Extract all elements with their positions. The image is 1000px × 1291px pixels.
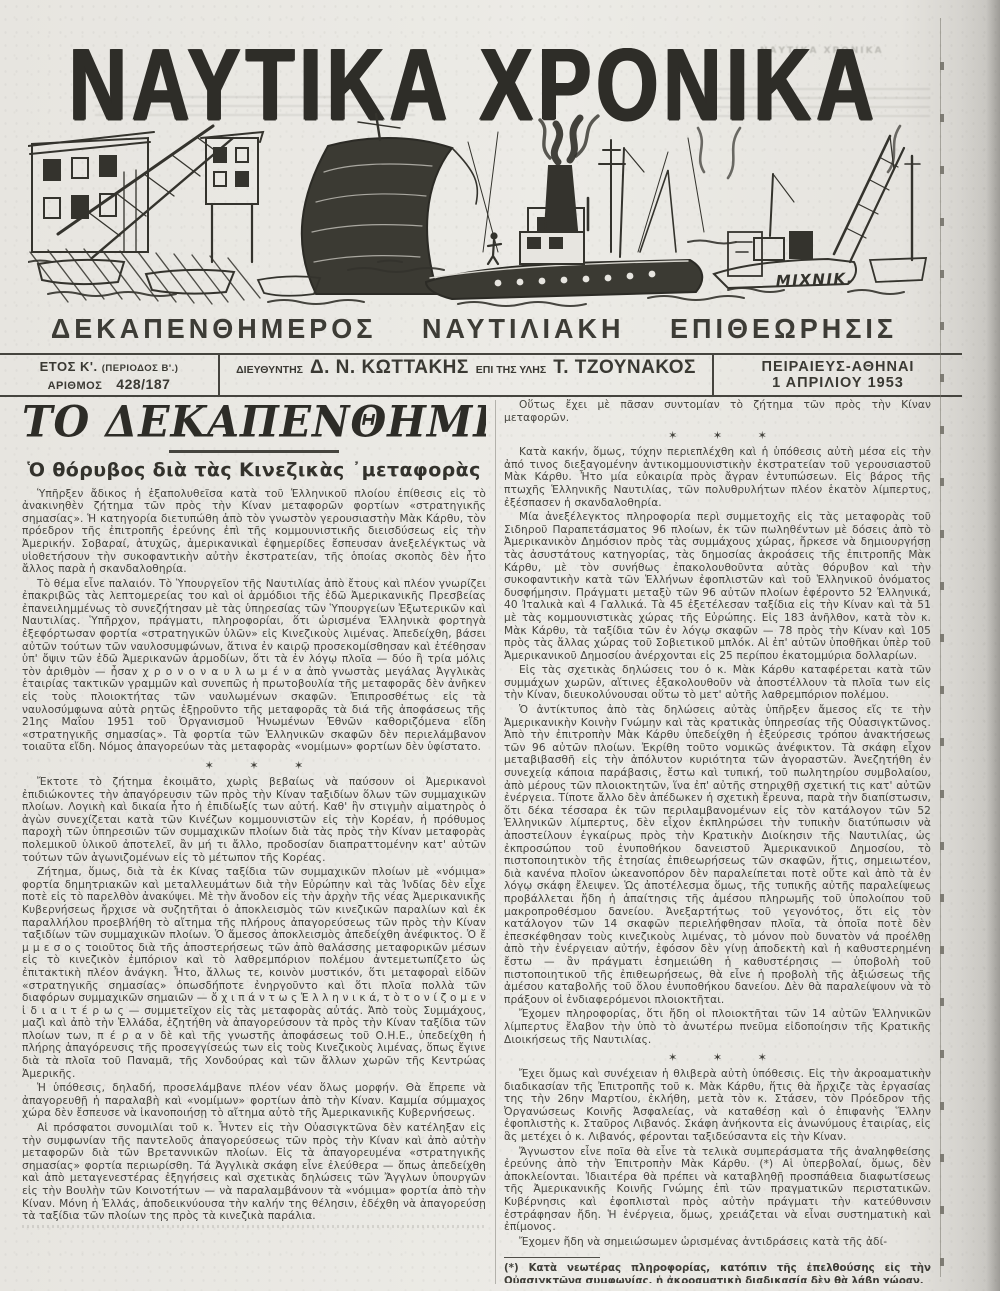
article-paragraph: Ζήτημα, ὅμως, διὰ τὰ ἐκ Κίνας ταξίδια τῶ… xyxy=(22,866,486,1080)
editor-label: ΕΠΙ ΤΗΣ ΥΛΗΣ xyxy=(476,364,546,376)
date-line: 1 ΑΠΡΙΛΙΟΥ 1953 xyxy=(772,375,904,391)
right-column-text: Οὕτως ἔχει μὲ πᾶσαν συντομίαν τὸ ζήτημα … xyxy=(504,399,931,1248)
director-label: ΔΙΕΥΘΥΝΤΗΣ xyxy=(236,364,303,376)
magazine-subtitle: ΔΕΚΑΠΕΝΘΗΜΕΡΟΣ ΝΑΥΤΙΛΙΑΚΗ ΕΠΙΘΕΩΡΗΣΙΣ xyxy=(0,314,948,346)
harbor-sketch-svg: ΜΙΧΝΙΚ. xyxy=(28,112,933,308)
article-headline: ΤΟ ΔΕΚΑΠΕΝΘΗΜΕΡΟΝ xyxy=(22,400,486,445)
magazine-front-page: ΝΑΥΤΙΚΑ ΧΡΟΝΙΚΑ ΝΑΥΤΙΚΑ ΧΡΟΝΙΚΑ xyxy=(0,0,1000,1291)
article-paragraph: Οὕτως ἔχει μὲ πᾶσαν συντομίαν τὸ ζήτημα … xyxy=(504,399,931,424)
headline-rule xyxy=(169,450,339,453)
article-paragraph: Αἱ πρόσφατοι συνομιλίαι τοῦ κ. Ἦντεν εἰς… xyxy=(22,1122,486,1223)
article-left-column: ΤΟ ΔΕΚΑΠΕΝΘΗΜΕΡΟΝ Ὁ θόρυβος διὰ τὰς Κινε… xyxy=(22,400,486,1278)
article-paragraph: Κατὰ κακήν, ὅμως, τύχην περιεπλέχθη καὶ … xyxy=(504,446,931,509)
left-column-text: Ὑπῆρξεν ἄδικος ἡ ἐξαπολυθεῖσα κατὰ τοῦ Ἑ… xyxy=(22,488,486,1223)
binding-stitch-edge xyxy=(940,18,944,1277)
place-date-cell: ΠΕΙΡΑΙΕΥΣ-ΑΘΗΝΑΙ 1 ΑΠΡΙΛΙΟΥ 1953 xyxy=(714,355,962,395)
issue-number-cell: ΕΤΟΣ Κ'. (ΠΕΡΙΟΔΟΣ Β'.) ΑΡΙΘΜΟΣ428/187 xyxy=(0,355,220,395)
footnote-text: (*) Κατὰ νεωτέρας πληροφορίας, κατόπιν τ… xyxy=(504,1263,931,1283)
issue-number: ΑΡΙΘΜΟΣ428/187 xyxy=(48,376,171,392)
harbor-illustration: ΜΙΧΝΙΚ. xyxy=(28,112,933,308)
article-paragraph: Ὑπῆρξεν ἄδικος ἡ ἐξαπολυθεῖσα κατὰ τοῦ Ἑ… xyxy=(22,488,486,576)
footnote-block: (*) Κατὰ νεωτέρας πληροφορίας, κατόπιν τ… xyxy=(504,1257,931,1283)
article-paragraph: Τὸ θέμα εἶνε παλαιόν. Τὸ Ὑπουργεῖον τῆς … xyxy=(22,578,486,754)
page-edge-shadow xyxy=(986,0,1000,1291)
section-separator-stars: ✶ ✶ ✶ xyxy=(504,429,931,442)
section-separator-stars: ✶ ✶ ✶ xyxy=(22,759,486,772)
article-paragraph: Ἔχει ὅμως καὶ συνέχειαν ἡ θλιβερὰ αὐτὴ ὑ… xyxy=(504,1068,931,1144)
section-separator-stars: ✶ ✶ ✶ xyxy=(504,1051,931,1064)
place-line: ΠΕΙΡΑΙΕΥΣ-ΑΘΗΝΑΙ xyxy=(762,359,915,375)
scan-smudge-line xyxy=(22,1225,486,1228)
article-paragraph: Ἄγνωστον εἶνε ποῖα θὰ εἶνε τὰ τελικὰ συμ… xyxy=(504,1146,931,1234)
article-right-column: Οὕτως ἔχει μὲ πᾶσαν συντομίαν τὸ ζήτημα … xyxy=(504,399,931,1283)
article-paragraph: Εἰς τὰς σχετικὰς δηλώσεις του ὁ κ. Μὰκ Κ… xyxy=(504,664,931,702)
article-paragraph: Ἡ ὑπόθεσις, δηλαδή, προσελάμβανε πλέον ν… xyxy=(22,1082,486,1120)
article-paragraph: Μία ἀνεξέλεγκτος πληροφορία περὶ συμμετο… xyxy=(504,511,931,662)
article-paragraph: Ἔκτοτε τὸ ζήτημα ἐκοιμᾶτο, χωρὶς βεβαίως… xyxy=(22,776,486,864)
issue-info-bar: ΕΤΟΣ Κ'. (ΠΕΡΙΟΔΟΣ Β'.) ΑΡΙΘΜΟΣ428/187 Δ… xyxy=(0,353,962,397)
article-subheadline: Ὁ θόρυβος διὰ τὰς Κινεζικὰς ᾽μεταφορὰς xyxy=(22,459,486,481)
editor-name: Τ. ΤΖΟΥΝΑΚΟΣ xyxy=(553,357,696,379)
issue-year: ΕΤΟΣ Κ'. (ΠΕΡΙΟΔΟΣ Β'.) xyxy=(40,359,179,374)
artist-signature: ΜΙΧΝΙΚ. xyxy=(776,269,855,290)
article-paragraph: Ἔχομεν πληροφορίας, ὅτι ἤδη οἱ πλοιοκτῆτ… xyxy=(504,1008,931,1046)
director-name: Δ. Ν. ΚΩΤΤΑΚΗΣ xyxy=(310,357,469,379)
article-paragraph: Ἔχομεν ἤδη νὰ σημειώσωμεν ὡρισμένας ἀντι… xyxy=(504,1236,931,1249)
article-paragraph: Ὁ ἀντίκτυπος ἀπὸ τὰς δηλώσεις αὐτὰς ὑπῆρ… xyxy=(504,704,931,1006)
staff-cell: ΔΙΕΥΘΥΝΤΗΣ Δ. Ν. ΚΩΤΤΑΚΗΣ ΕΠΙ ΤΗΣ ΥΛΗΣ Τ… xyxy=(220,355,714,395)
footnote-rule xyxy=(504,1257,600,1258)
column-divider-rule xyxy=(495,400,496,1284)
